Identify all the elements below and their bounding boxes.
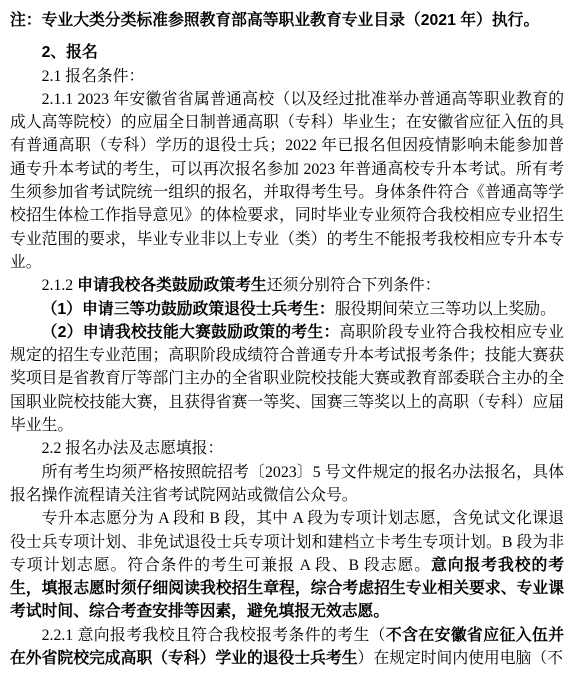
note-paragraph: 注：专业大类分类标准参照教育部高等职业教育专业目录（2021 年）执行。 xyxy=(10,9,564,32)
bold-text-run: 申请我校各类鼓励政策考生 xyxy=(77,277,267,294)
para-2-1-2-incentive-policy: 2.1.2 申请我校各类鼓励政策考生还须分别符合下列条件： xyxy=(10,274,564,297)
document-page: 注：专业大类分类标准参照教育部高等职业教育专业目录（2021 年）执行。2、报名… xyxy=(0,0,574,685)
text-run: 还须分别符合下列条件： xyxy=(267,277,441,294)
para-item-1-sandenggong: （1）申请三等功鼓励政策退役士兵考生：服役期间荣立三等功以上奖励。 xyxy=(10,298,564,321)
para-zhiyuan-ab-duan: 专升本志愿分为 A 段和 B 段，其中 A 段为专项计划志愿，含免试文化课退役士… xyxy=(10,507,564,623)
bold-text-run: （2）申请我校技能大赛鼓励政策的考生： xyxy=(42,324,340,341)
para-2-1-baoming-tiaojian: 2.1 报名条件： xyxy=(10,65,564,88)
text-run: 2.1.2 xyxy=(42,277,78,294)
text-run: 2.2 报名办法及志愿填报： xyxy=(42,440,224,457)
bold-text-run: （1）申请三等功鼓励政策退役士兵考生： xyxy=(42,301,335,318)
text-run: 所有考生均须严格按照皖招考〔2023〕5 号文件规定的报名办法报名，具体报名操作… xyxy=(10,464,564,504)
para-2-1-1-eligibility: 2.1.1 2023 年安徽省省属普通高校（以及经过批准举办普通高等职业教育的成… xyxy=(10,88,564,274)
para-item-2-jineng-dasai: （2）申请我校技能大赛鼓励政策的考生：高职阶段专业符合我校相应专业规定的招生专业… xyxy=(10,321,564,437)
document-body: 注：专业大类分类标准参照教育部高等职业教育专业目录（2021 年）执行。2、报名… xyxy=(10,9,564,670)
text-run: 2.2.1 意向报考我校且符合我校报考条件的考生（ xyxy=(42,627,386,644)
text-run: 2.1 报名条件： xyxy=(42,68,145,85)
bold-text-run: 注：专业大类分类标准参照教育部高等职业教育专业目录（2021 年）执行。 xyxy=(10,12,539,29)
section-heading-2-baoming: 2、报名 xyxy=(10,41,564,64)
text-run: ）在规定时间内使用电脑（不 xyxy=(358,650,563,667)
bold-text-run: 2、报名 xyxy=(42,44,98,61)
para-baoming-procedure: 所有考生均须严格按照皖招考〔2023〕5 号文件规定的报名办法报名，具体报名操作… xyxy=(10,461,564,508)
text-run: 服役期间荣立三等功以上奖励。 xyxy=(335,301,556,318)
text-run: 2.1.1 2023 年安徽省省属普通高校（以及经过批准举办普通高等职业教育的成… xyxy=(10,91,564,271)
para-2-2-1-online-registration: 2.2.1 意向报考我校且符合我校报考条件的考生（不含在安徽省应征入伍并在外省院… xyxy=(10,624,564,671)
para-2-2-baoming-banfa: 2.2 报名办法及志愿填报： xyxy=(10,437,564,460)
